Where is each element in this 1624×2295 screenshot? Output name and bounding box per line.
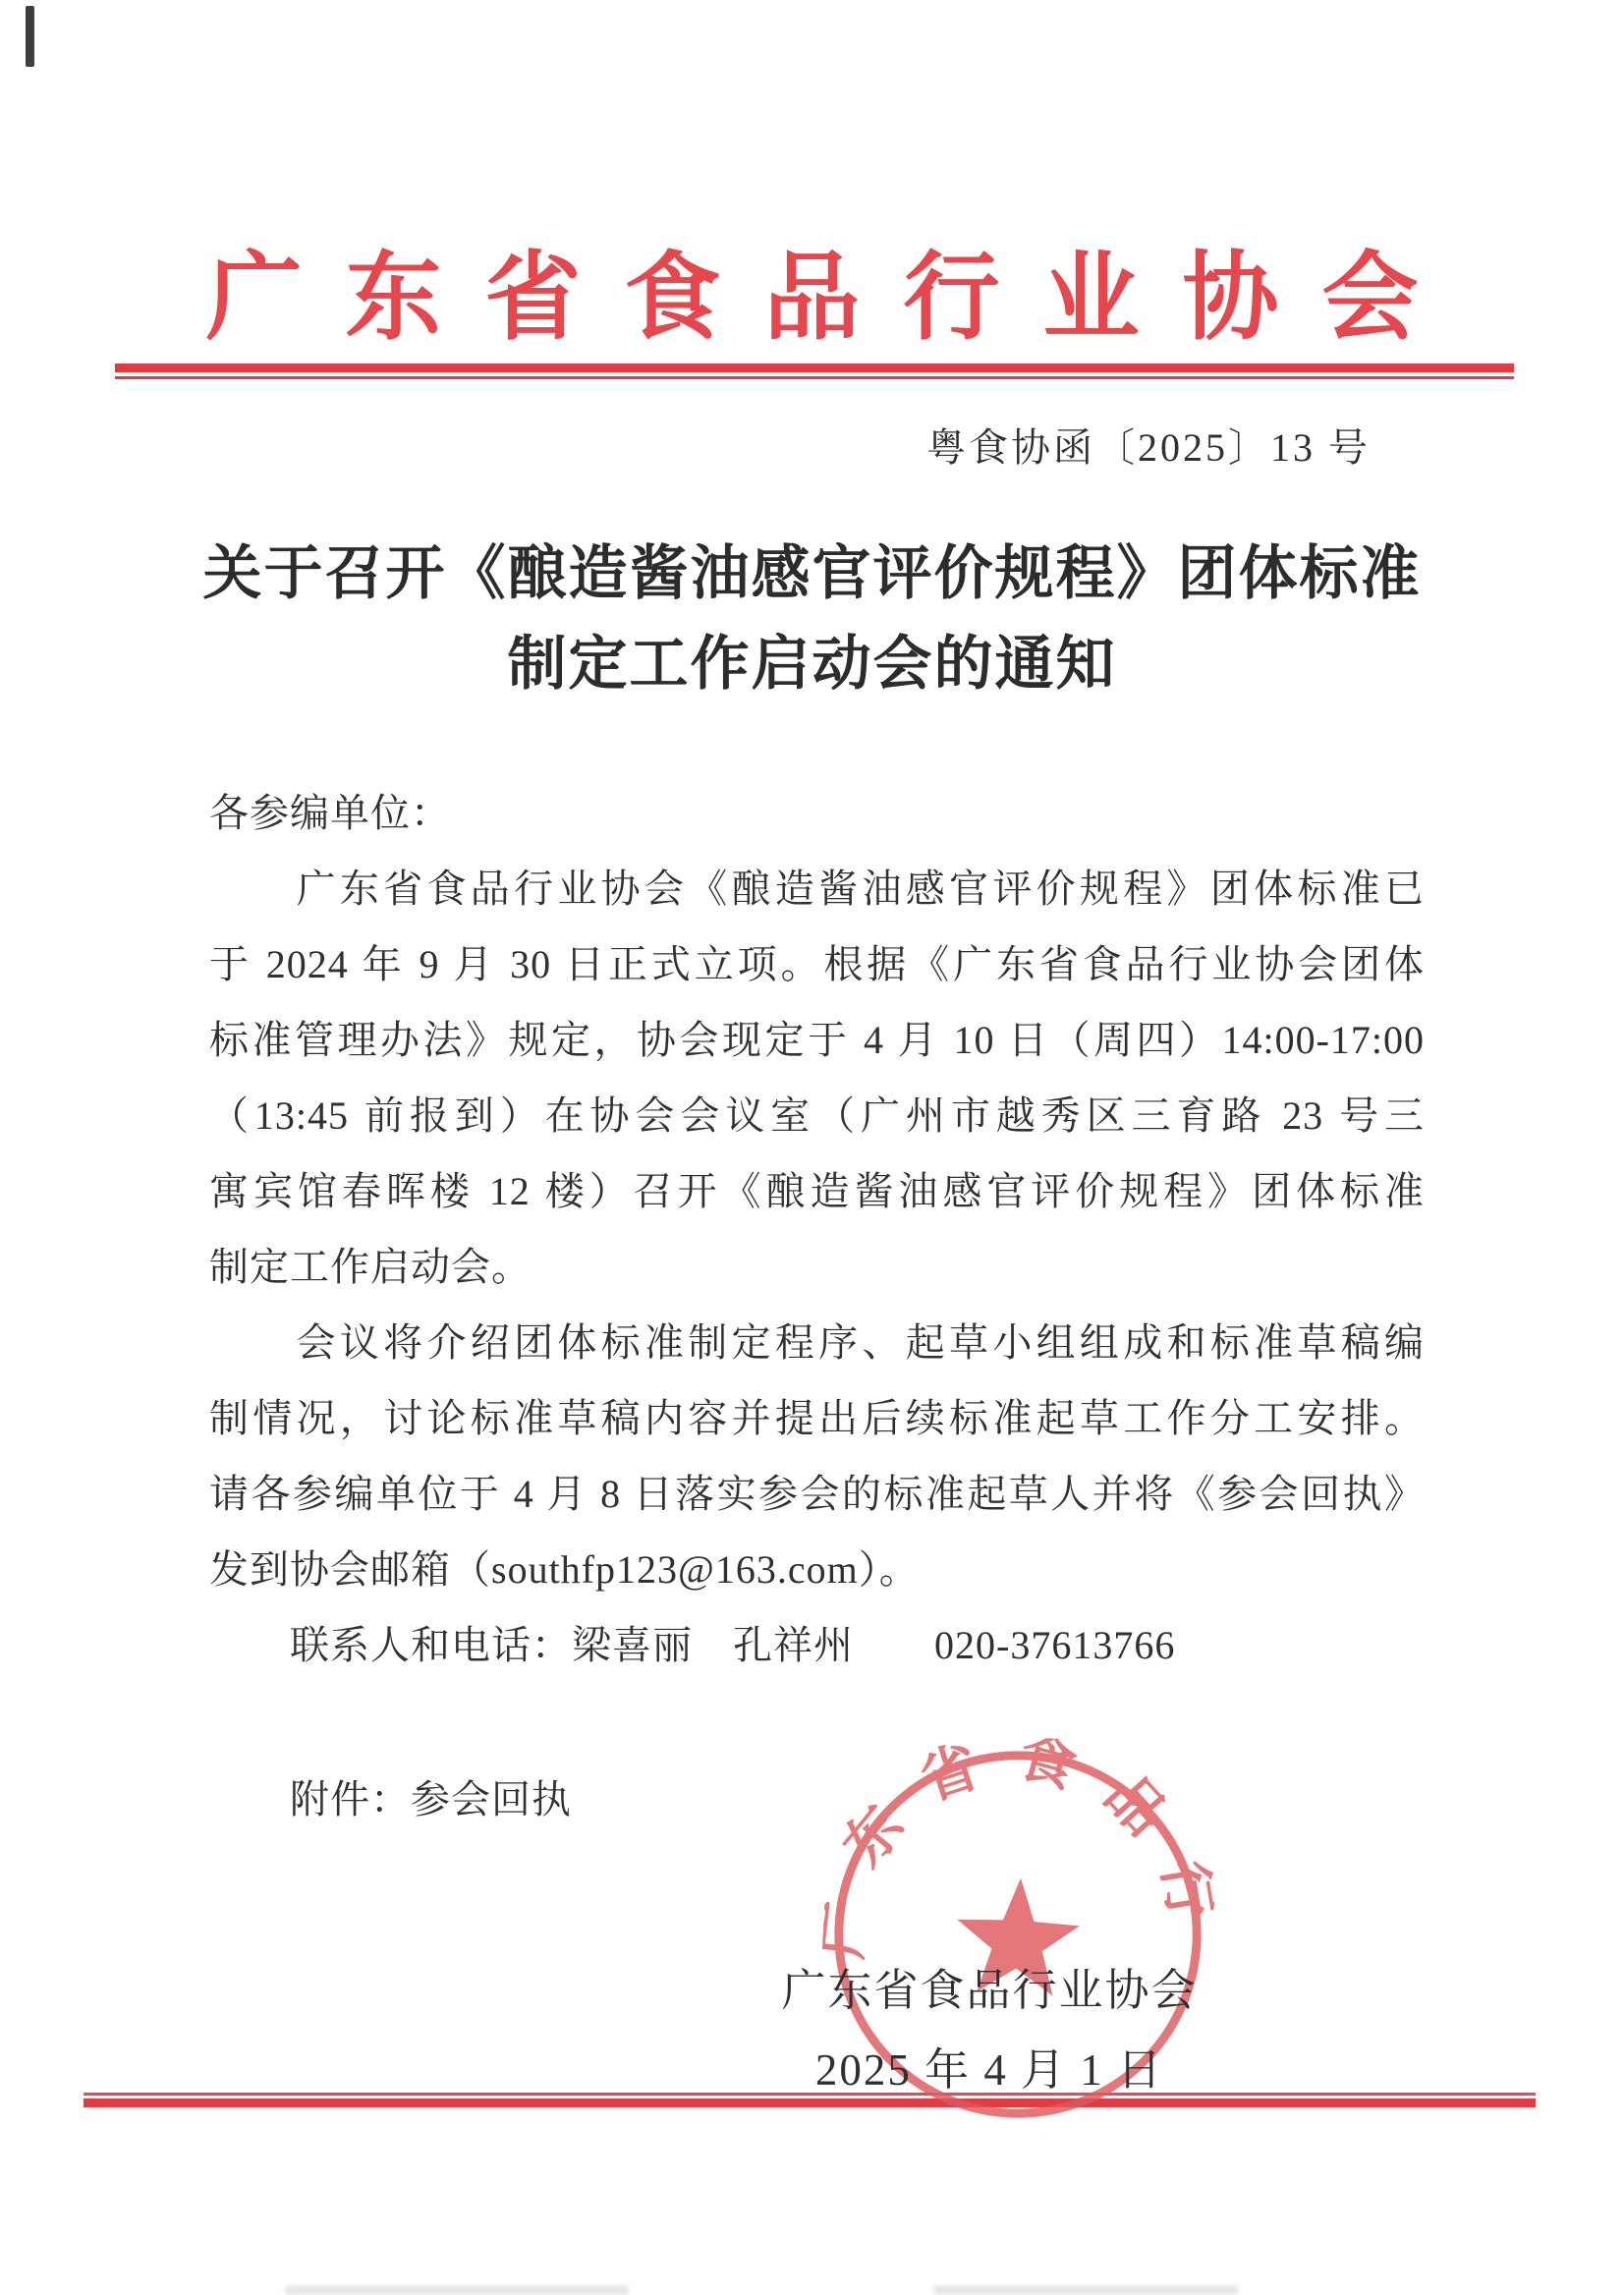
body-line: 广东省食品行业协会《酿造酱油感官评价规程》团体标准已 xyxy=(209,851,1425,926)
signature-org-name: 广东省食品行业协会 xyxy=(695,1951,1284,2031)
body-line: （13:45 前报到）在协会会议室（广州市越秀区三育路 23 号三 xyxy=(209,1078,1425,1153)
body-line: 制定工作启动会。 xyxy=(209,1229,1425,1305)
document-title: 关于召开《酿造酱油感官评价规程》团体标准 制定工作启动会的通知 xyxy=(138,529,1486,709)
body-line: 标准管理办法》规定，协会现定于 4 月 10 日（周四）14:00-17:00 xyxy=(209,1002,1425,1078)
scan-artifact-smudge xyxy=(285,2285,629,2295)
salutation-line: 各参编单位： xyxy=(209,775,1425,851)
letterhead-divider xyxy=(115,364,1514,379)
body-line: 请各参编单位于 4 月 8 日落实参会的标准起草人并将《参会回执》 xyxy=(209,1456,1425,1532)
document-body: 各参编单位： 广东省食品行业协会《酿造酱油感官评价规程》团体标准已 于 2024… xyxy=(209,775,1425,1683)
body-line: 发到协会邮箱（southfp123@163.com）。 xyxy=(209,1532,1425,1607)
body-line: 会议将介绍团体标准制定程序、起草小组组成和标准草稿编 xyxy=(209,1305,1425,1380)
body-line: 寓宾馆春晖楼 12 楼）召开《酿造酱油感官评价规程》团体标准 xyxy=(209,1153,1425,1229)
letterhead-org-name: 广东省食品行业协会 xyxy=(0,220,1624,359)
divider-thin-line xyxy=(115,376,1514,379)
divider-thick-line xyxy=(115,364,1514,372)
signature-block: 广东省食品行业协会 2025 年 4 月 1 日 xyxy=(695,1951,1284,2110)
official-notice-document: 广东省食品行业协会 粤食协函〔2025〕13 号 关于召开《酿造酱油感官评价规程… xyxy=(0,0,1624,2295)
document-title-line2: 制定工作启动会的通知 xyxy=(138,619,1486,709)
scan-artifact-smudge xyxy=(933,2285,1238,2295)
signature-date: 2025 年 4 月 1 日 xyxy=(695,2031,1284,2110)
document-title-line1: 关于召开《酿造酱油感官评价规程》团体标准 xyxy=(138,529,1486,619)
document-reference-number: 粤食协函〔2025〕13 号 xyxy=(926,417,1371,473)
body-line: 于 2024 年 9 月 30 日正式立项。根据《广东省食品行业协会团体 xyxy=(209,926,1425,1002)
contact-line: 联系人和电话：梁喜丽 孔祥州 020-37613766 xyxy=(209,1607,1425,1683)
attachment-line: 附件：参会回执 xyxy=(209,1762,1425,1837)
body-line: 制情况，讨论标准草稿内容并提出后续标准起草工作分工安排。 xyxy=(209,1380,1425,1456)
scan-artifact-mark xyxy=(26,6,34,67)
